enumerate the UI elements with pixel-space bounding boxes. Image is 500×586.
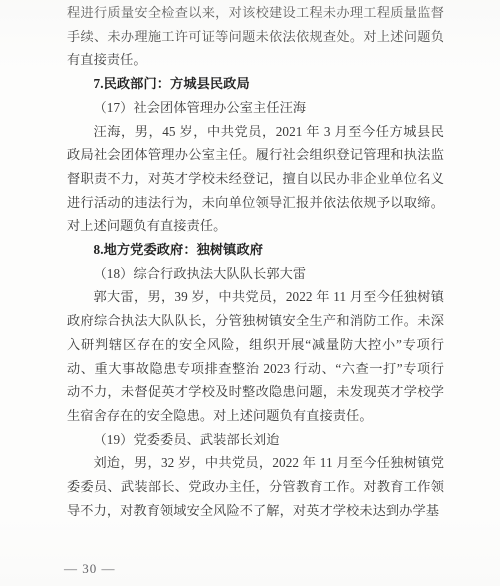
subsection-heading-19: （19）党委委员、武装部长刘迨 <box>67 428 444 452</box>
document-page: 程进行质量安全检查以来，对该校建设工程未办理工程质量监督手续、未办理施工许可证等… <box>0 0 500 586</box>
page-number: — 30 — <box>64 561 116 577</box>
section-heading-8: 8.地方党委政府：独树镇政府 <box>67 238 444 262</box>
paragraph-person-19: 刘迨，男，32 岁，中共党员，2022 年 11 月至今任独树镇党委委员、武装部… <box>67 451 444 522</box>
paragraph-person-17: 汪海，男，45 岁，中共党员，2021 年 3 月至今任方城县民政局社会团体管理… <box>67 120 444 239</box>
subsection-heading-18: （18）综合行政执法大队队长郭大雷 <box>67 262 444 286</box>
paragraph-continuation: 程进行质量安全检查以来，对该校建设工程未办理工程质量监督手续、未办理施工许可证等… <box>67 1 444 72</box>
section-heading-7: 7.民政部门：方城县民政局 <box>67 72 444 96</box>
subsection-heading-17: （17）社会团体管理办公室主任汪海 <box>67 96 444 120</box>
document-text-block: 程进行质量安全检查以来，对该校建设工程未办理工程质量监督手续、未办理施工许可证等… <box>67 1 444 522</box>
paragraph-person-18: 郭大雷，男，39 岁，中共党员，2022 年 11 月至今任独树镇政府综合执法大… <box>67 285 444 427</box>
